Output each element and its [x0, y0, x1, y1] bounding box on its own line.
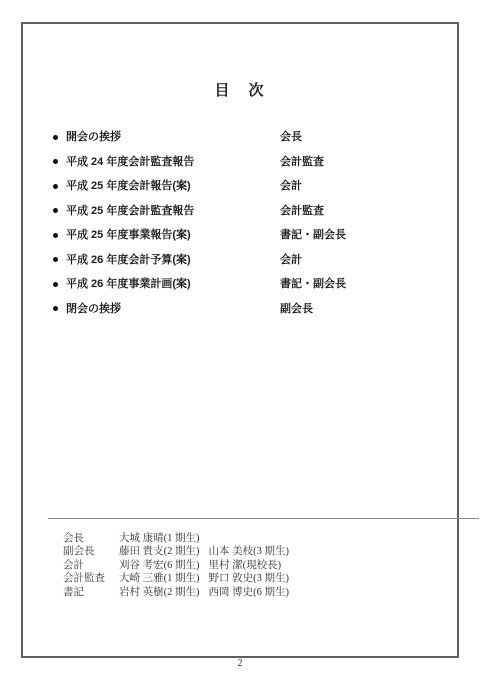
- toc-item-owner: 会計: [280, 248, 302, 273]
- toc-list: 開会の挨拶 会長 平成 24 年度会計監査報告 会計監査 平成 25 年度会計報…: [23, 125, 457, 321]
- document-page: 目 次 開会の挨拶 会長 平成 24 年度会計監査報告 会計監査 平成 25 年…: [0, 0, 480, 680]
- toc-item-owner: 会長: [280, 125, 302, 150]
- officer-name: 山本 美枝(3 期生): [209, 545, 290, 558]
- officer-name: 西岡 博史(6 期生): [209, 586, 290, 599]
- toc-item: 平成 26 年度事業計画(案) 書記・副会長: [23, 272, 457, 297]
- officer-role: 会計: [63, 559, 119, 572]
- toc-item: 平成 25 年度事業報告(案) 書記・副会長: [23, 223, 457, 248]
- toc-item: 平成 25 年度会計報告(案) 会計: [23, 174, 457, 199]
- bullet-icon: [53, 159, 58, 164]
- officer-role: 書記: [63, 586, 119, 599]
- toc-item: 平成 26 年度会計予算(案) 会計: [23, 248, 457, 273]
- officer-row: 書記岩村 英樹(2 期生)西岡 博史(6 期生): [63, 586, 298, 599]
- toc-item: 平成 24 年度会計監査報告 会計監査: [23, 150, 457, 175]
- toc-item-owner: 書記・副会長: [280, 223, 346, 248]
- officer-row: 会長大城 康晴(1 期生): [63, 532, 298, 545]
- officer-row: 副会長藤田 貴支(2 期生)山本 美枝(3 期生): [63, 545, 298, 558]
- officer-name: 藤田 貴支(2 期生): [119, 545, 200, 558]
- toc-item-label: 開会の挨拶: [66, 125, 121, 150]
- toc-item-label: 平成 25 年度会計監査報告: [66, 199, 194, 224]
- toc-item-label: 平成 24 年度会計監査報告: [66, 150, 194, 175]
- officer-row: 会計監査大崎 三雅(1 期生)野口 敦史(3 期生): [63, 572, 298, 585]
- page-border-frame: 目 次 開会の挨拶 会長 平成 24 年度会計監査報告 会計監査 平成 25 年…: [21, 22, 459, 658]
- toc-item-owner: 副会長: [280, 297, 313, 322]
- officer-name: 大崎 三雅(1 期生): [119, 572, 200, 585]
- bullet-icon: [53, 233, 58, 238]
- bullet-icon: [53, 184, 58, 189]
- bullet-icon: [53, 135, 58, 140]
- toc-item-label: 平成 26 年度事業計画(案): [66, 272, 191, 297]
- officer-role: 副会長: [63, 545, 119, 558]
- toc-item: 平成 25 年度会計監査報告 会計監査: [23, 199, 457, 224]
- bullet-icon: [53, 282, 58, 287]
- officer-row: 会計刈谷 考宏(6 期生)里村 潔(現校長): [63, 559, 298, 572]
- bullet-icon: [53, 306, 58, 311]
- officer-name: 大城 康晴(1 期生): [119, 532, 200, 545]
- toc-item: 開会の挨拶 会長: [23, 125, 457, 150]
- toc-item-owner: 会計監査: [280, 199, 324, 224]
- bullet-icon: [53, 208, 58, 213]
- officer-name: 刈谷 考宏(6 期生): [119, 559, 200, 572]
- toc-item-owner: 書記・副会長: [280, 272, 346, 297]
- officer-name: 岩村 英樹(2 期生): [119, 586, 200, 599]
- footer-separator-line: [48, 518, 479, 519]
- page-number: 2: [0, 658, 480, 669]
- officer-name: 里村 潔(現校長): [209, 559, 282, 572]
- toc-item-label: 平成 25 年度事業報告(案): [66, 223, 191, 248]
- bullet-icon: [53, 257, 58, 262]
- toc-item-label: 平成 26 年度会計予算(案): [66, 248, 191, 273]
- officers-list: 会長大城 康晴(1 期生) 副会長藤田 貴支(2 期生)山本 美枝(3 期生) …: [63, 532, 298, 599]
- toc-item-label: 平成 25 年度会計報告(案): [66, 174, 191, 199]
- officer-name: 野口 敦史(3 期生): [209, 572, 290, 585]
- toc-item-label: 閉会の挨拶: [66, 297, 121, 322]
- toc-item-owner: 会計: [280, 174, 302, 199]
- officer-role: 会長: [63, 532, 119, 545]
- officer-role: 会計監査: [63, 572, 119, 585]
- toc-item-owner: 会計監査: [280, 150, 324, 175]
- toc-item: 閉会の挨拶 副会長: [23, 297, 457, 322]
- page-title: 目 次: [23, 79, 457, 100]
